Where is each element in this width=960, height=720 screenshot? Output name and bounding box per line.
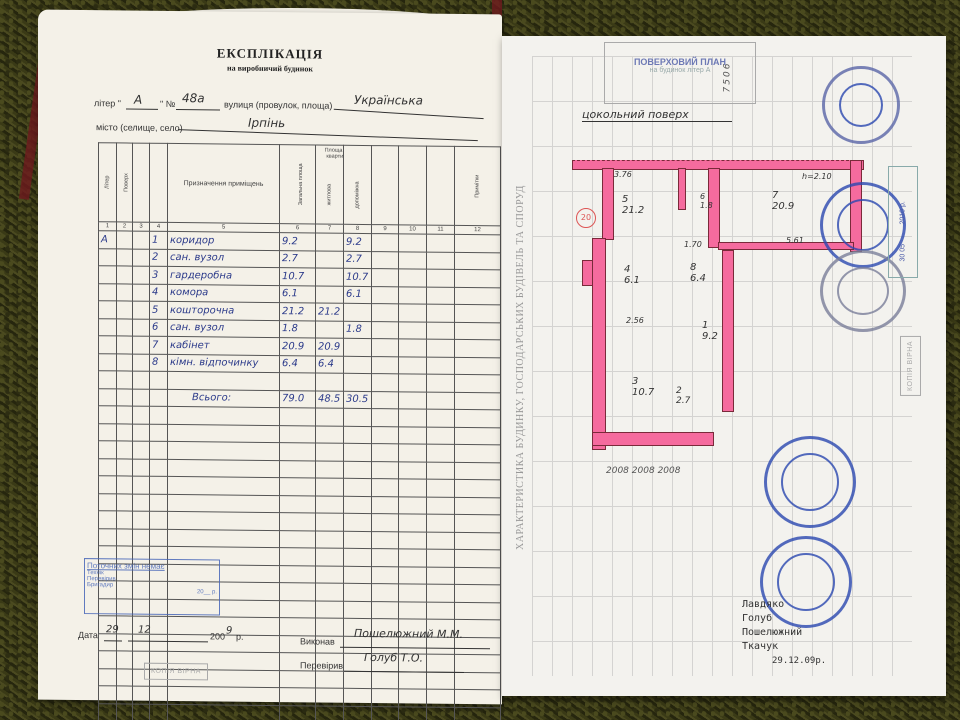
room-5-label: 521.2 xyxy=(622,194,644,216)
col-header-total-area: Загальна площа xyxy=(280,145,316,224)
date-label: Дата xyxy=(78,630,98,640)
col-header-aux: допоміжна xyxy=(344,145,372,224)
explication-page: ЕКСПЛІКАЦІЯ на виробничий будинок літер … xyxy=(38,10,502,705)
city-value: Ірпінь xyxy=(248,116,285,130)
col-header-living: Площа житлова квартир (кв. м)житлова xyxy=(316,145,344,224)
room-4-label: 46.1 xyxy=(624,264,640,286)
signatures-block: Лавдяко Голуб Пошелюжний Ткачук 29.12.09… xyxy=(742,598,826,668)
col-header-unauthorized: Самовільно забудована, переобладнана пло… xyxy=(427,146,455,225)
street-value: Українська xyxy=(354,93,423,108)
city-label: місто (селище, село) xyxy=(96,122,183,133)
col-header-apartment: Номери квартир xyxy=(133,143,150,222)
floor-label: цокольний поверх xyxy=(582,108,732,122)
copy-certified-stamp: КОПІЯ ВІРНА xyxy=(900,336,921,396)
executed-label: Виконав xyxy=(300,636,335,646)
col-header-notes: Примітки xyxy=(455,146,501,225)
checked-label: Перевірив xyxy=(300,660,343,670)
col-header-liter: Літер xyxy=(99,143,117,222)
floor-plan-page: ПОВЕРХОВИЙ ПЛАН на будинок літер А цокол… xyxy=(502,36,946,696)
page-title: ЕКСПЛІКАЦІЯ xyxy=(38,44,502,65)
signature-date: 29.12.09р. xyxy=(742,654,826,668)
liter-value: А xyxy=(134,93,142,107)
col-header-room-number: Номери приміщень xyxy=(150,143,168,222)
col-header-summer: Площа літніх приміщень (кв. м) xyxy=(372,146,399,225)
dimension-label: 2.56 xyxy=(626,316,644,325)
copy-certified-stamp: КОПІЯ ВІРНА xyxy=(144,663,208,681)
circle-mark: 20 xyxy=(576,208,596,228)
room-6-label: 61.8 xyxy=(700,192,713,210)
room-2-label: 22.7 xyxy=(676,386,690,406)
round-stamp-icon xyxy=(822,66,900,144)
years-column: 2008 2008 2008 xyxy=(606,466,680,476)
col-header-common: Площа приміщень загального користування … xyxy=(399,146,427,225)
dimension-label: 5.61 xyxy=(786,236,804,245)
dimension-label: 3.76 xyxy=(614,170,632,179)
date-month: 12 xyxy=(138,625,151,636)
date-day: 29 xyxy=(106,624,119,635)
dimension-label: 1.70 xyxy=(684,240,702,249)
number-label: " № xyxy=(160,99,175,109)
room-8-label: 86.4 xyxy=(690,262,706,284)
col-header-purpose: Призначення приміщень xyxy=(168,143,280,223)
table-values: 7506 xyxy=(722,62,732,93)
liter-label: літер " xyxy=(94,98,121,108)
date-unit: р. xyxy=(236,632,244,642)
executed-signature: Пошелюжний М.М. xyxy=(354,627,463,641)
no-changes-stamp: Поточних змін немає Технік Перевірив Бри… xyxy=(84,558,220,615)
floor-plan xyxy=(572,160,862,450)
ceiling-height: h=2.10 xyxy=(802,172,832,181)
date-year-prefix: 200 xyxy=(210,631,225,641)
checked-signature: Голуб Т.О. xyxy=(364,651,423,665)
room-1-label: 19.2 xyxy=(702,320,718,342)
room-7-label: 720.9 xyxy=(772,190,794,212)
room-3-label: 310.7 xyxy=(632,376,654,398)
street-label: вулиця (провулок, площа) xyxy=(224,100,332,111)
vertical-section-title: ХАРАКТЕРИСТИКА БУДИНКУ, ГОСПОДАРСЬКИХ БУ… xyxy=(515,185,526,550)
plan-title: ПОВЕРХОВИЙ ПЛАН xyxy=(605,57,755,67)
date-year-suffix: 9 xyxy=(226,626,232,637)
plan-header-box: ПОВЕРХОВИЙ ПЛАН на будинок літер А xyxy=(604,42,756,104)
side-stamp: 2010 р. 30 05 xyxy=(888,166,918,278)
plan-subtitle: на будинок літер А xyxy=(605,67,755,74)
col-header-floor: Поверх xyxy=(117,143,133,222)
number-value: 48а xyxy=(182,91,205,105)
round-stamp-icon xyxy=(764,436,856,528)
